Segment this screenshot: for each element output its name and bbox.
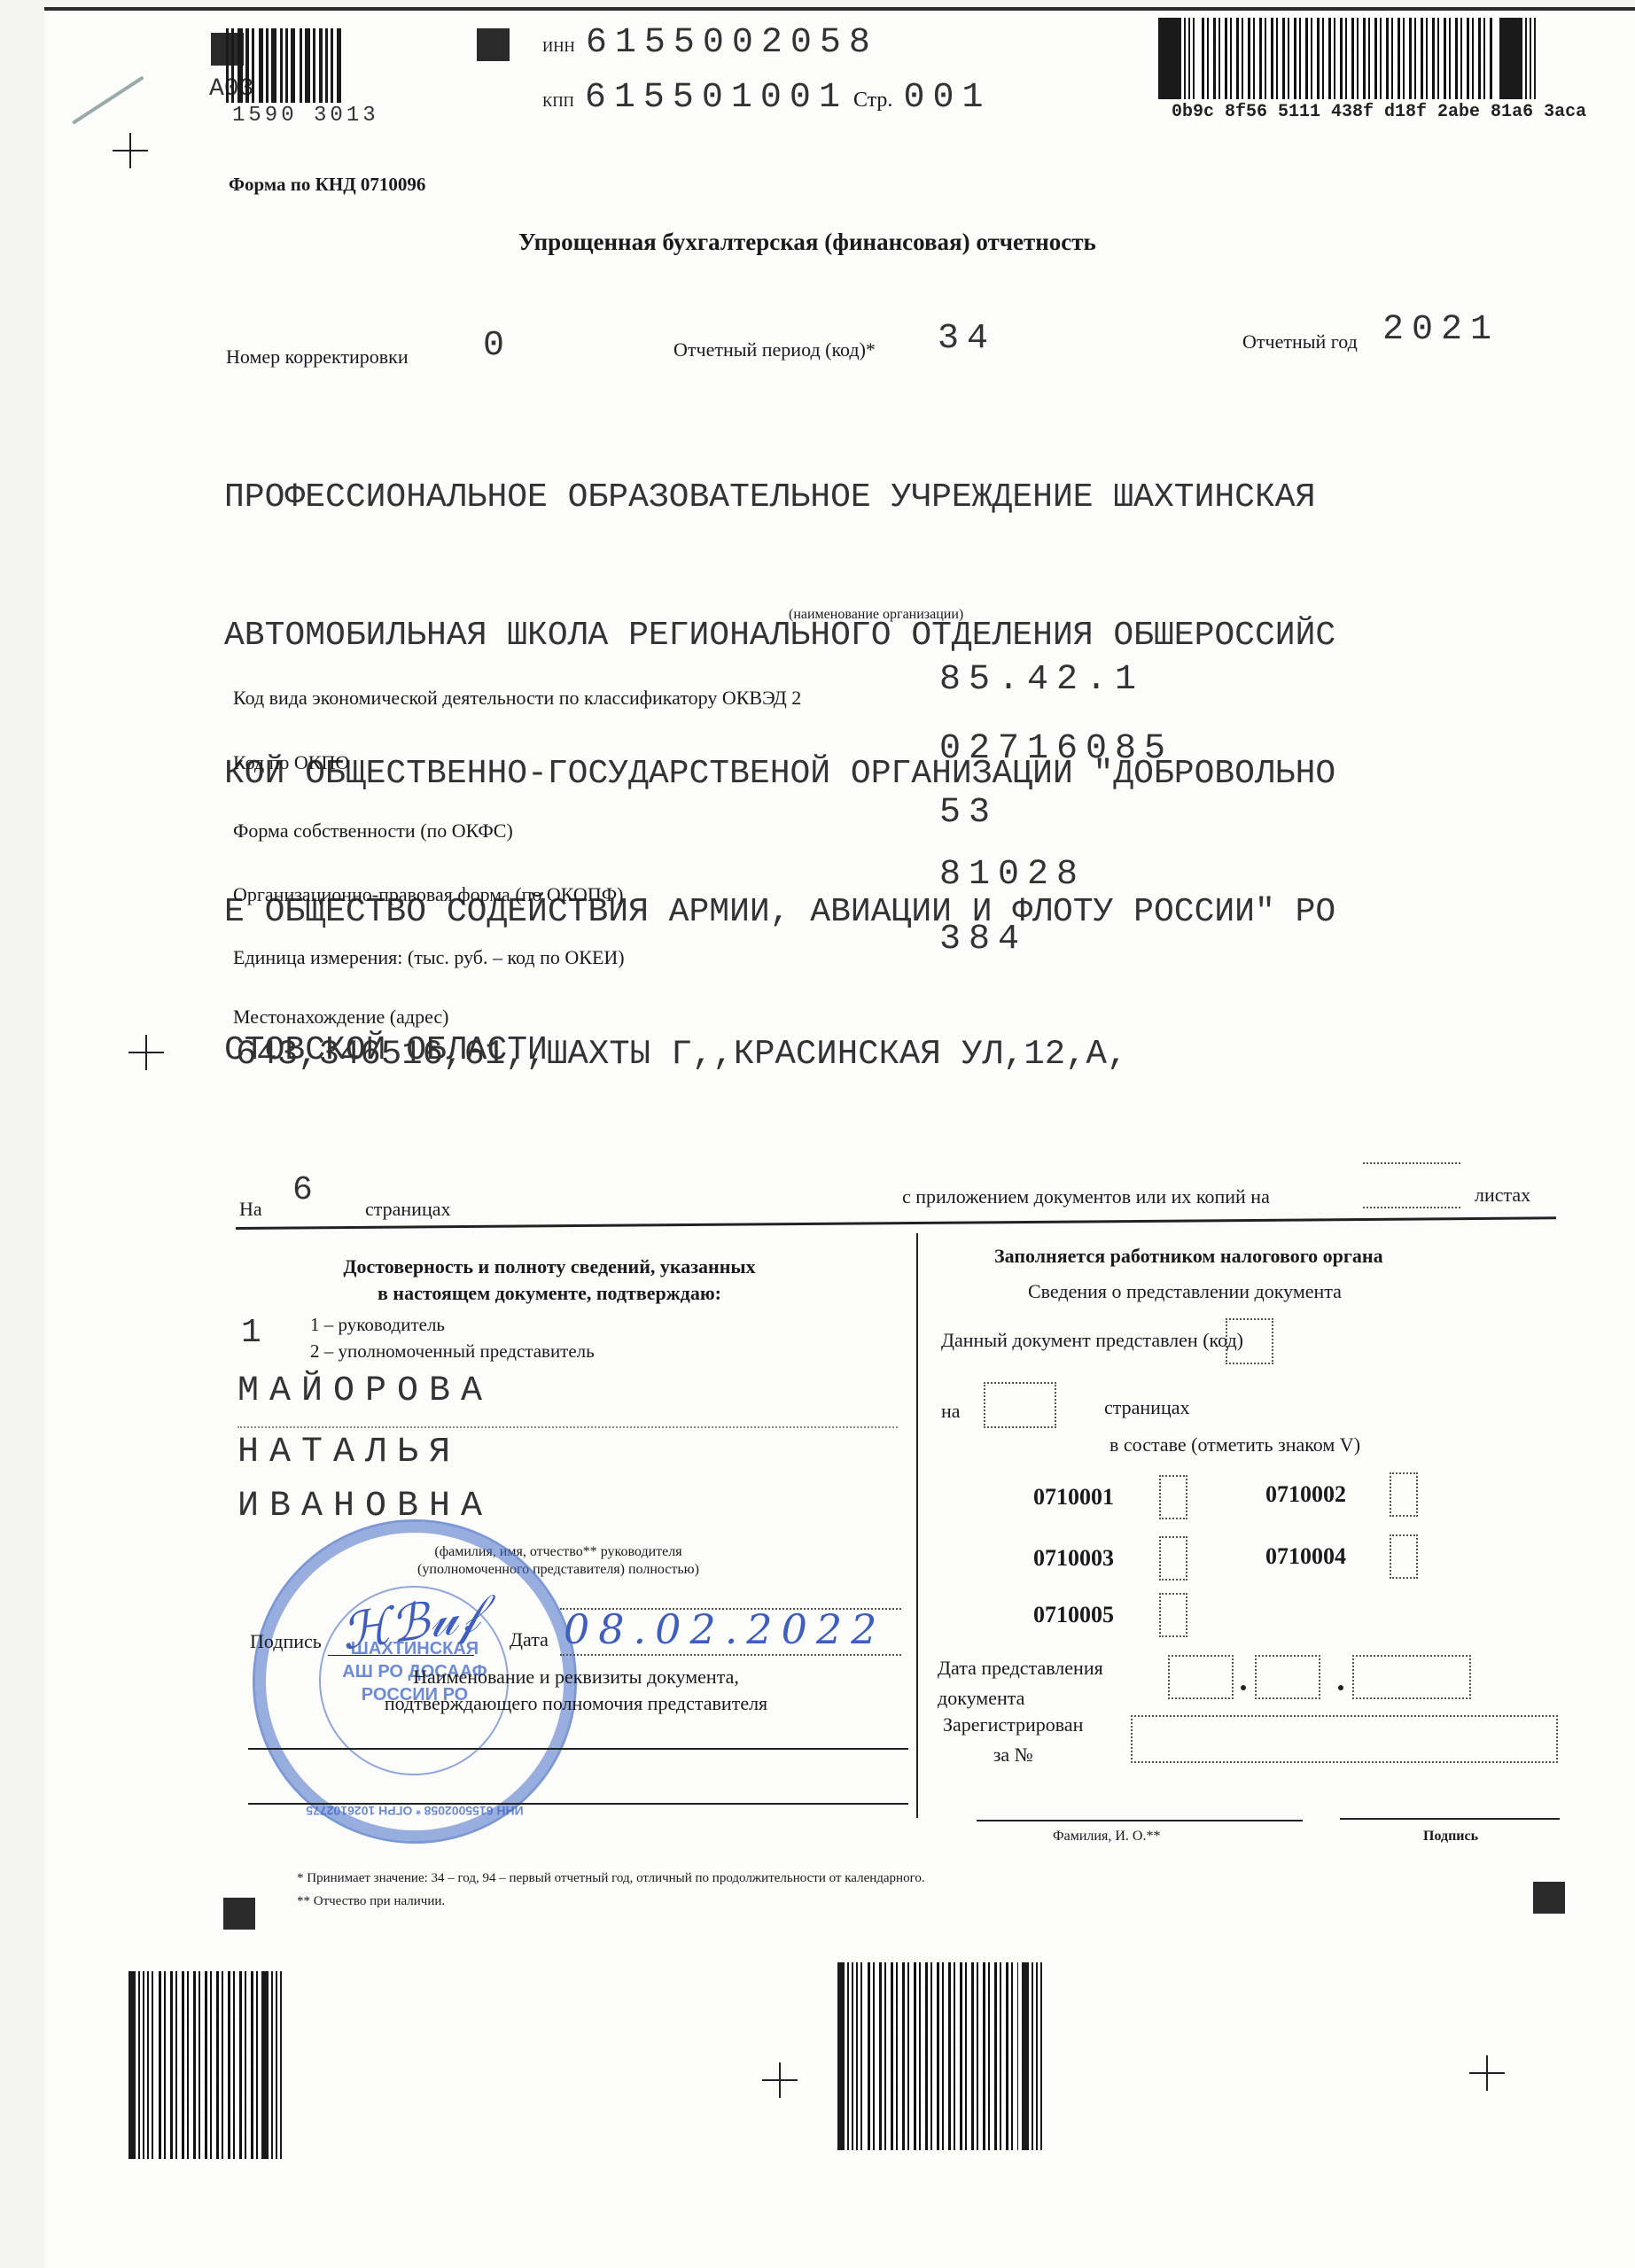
- tax-officer-signature-caption: Подпись: [1423, 1829, 1478, 1845]
- form-code-0710005: 0710005: [1033, 1602, 1114, 1628]
- okopf-label: Организационно-правовая форма (по ОКОПФ): [233, 883, 623, 906]
- okpo-value: 02716085: [939, 729, 1173, 769]
- form-code-0710004: 0710004: [1265, 1543, 1346, 1570]
- year-value: 2021: [1382, 310, 1499, 350]
- header-pdf417-barcode: [1158, 18, 1536, 99]
- checkbox-0710005[interactable]: [1159, 1593, 1187, 1637]
- signer-type-value: 1: [241, 1314, 261, 1352]
- pages-prefix: На: [239, 1198, 262, 1221]
- footer-pdf417-barcode-left: [128, 1971, 282, 2159]
- okpo-label: Код по ОКПО: [233, 751, 349, 774]
- okei-value: 384: [939, 920, 1027, 959]
- doc-line-2: [248, 1803, 908, 1805]
- okopf-value: 81028: [939, 855, 1086, 895]
- registration-number-field[interactable]: [1131, 1715, 1558, 1763]
- barcode-hash: 0b9c 8f56 5111 438f d18f 2abe 81a6 3aca: [1172, 102, 1586, 122]
- submission-date-day[interactable]: [1168, 1655, 1234, 1699]
- signer-option-2: 2 – уполномоченный представитель: [310, 1340, 595, 1363]
- corner-marker-icon: [223, 1898, 255, 1930]
- correction-label: Номер корректировки: [226, 346, 409, 369]
- corner-marker-icon: [477, 28, 510, 61]
- page-value: 001: [903, 78, 991, 118]
- pages-field[interactable]: [984, 1382, 1056, 1428]
- date-separator-dot: [1241, 1685, 1246, 1690]
- inn-label: ИНН: [542, 34, 575, 58]
- attachments-label: с приложением документов или их копий на: [902, 1185, 1270, 1208]
- form-code-0710003: 0710003: [1033, 1545, 1114, 1572]
- checkbox-0710003[interactable]: [1159, 1536, 1187, 1581]
- date-label: Дата: [510, 1628, 549, 1651]
- page-barcode: [226, 28, 341, 103]
- submitted-code-label: Данный документ представлен (код): [941, 1329, 1243, 1352]
- submitted-code-field[interactable]: [1226, 1318, 1273, 1364]
- form-code-0710001: 0710001: [1033, 1484, 1114, 1511]
- form-knd: Форма по КНД 0710096: [229, 174, 425, 196]
- signer-option-1: 1 – руководитель: [310, 1314, 445, 1336]
- form-title: Упрощенная бухгалтерская (финансовая) от…: [518, 229, 1096, 256]
- inn-row: ИНН 6155002058: [542, 23, 878, 63]
- okved-value: 85.42.1: [939, 660, 1144, 700]
- okfs-value: 53: [939, 793, 998, 833]
- confirm-heading: Достоверность и полноту сведений, указан…: [266, 1254, 833, 1307]
- submission-date-month[interactable]: [1255, 1655, 1320, 1699]
- tax-office-subheading: Сведения о представлении документа: [1028, 1280, 1342, 1303]
- checkbox-0710004[interactable]: [1390, 1534, 1418, 1579]
- year-label: Отчетный год: [1242, 330, 1358, 353]
- kpp-label: КПП: [542, 89, 574, 113]
- composition-label: в составе (отметить знаком V): [1109, 1433, 1360, 1456]
- okved-label: Код вида экономической деятельности по к…: [233, 687, 801, 710]
- tax-officer-signature-line: [1340, 1818, 1560, 1820]
- tax-officer-name-caption: Фамилия, И. О.**: [1053, 1829, 1160, 1845]
- tax-officer-name-line: [977, 1820, 1303, 1821]
- name-dotted-line: [237, 1426, 898, 1428]
- address-label: Местонахождение (адрес): [233, 1006, 448, 1029]
- pages-label: страницах: [1104, 1396, 1190, 1419]
- okfs-label: Форма собственности (по ОКФС): [233, 819, 513, 843]
- submission-date-label: Дата представления документа: [938, 1653, 1103, 1713]
- registration-cross-icon: [1469, 2055, 1505, 2091]
- okei-label: Единица измерения: (тыс. руб. – код по О…: [233, 946, 625, 969]
- organization-name-line: ПРОФЕССИОНАЛЬНОЕ ОБРАЗОВАТЕЛЬНОЕ УЧРЕЖДЕ…: [224, 475, 1335, 521]
- first-name: НАТАЛЬЯ: [237, 1433, 461, 1472]
- date-separator-dot: [1338, 1685, 1343, 1690]
- footer-pdf417-barcode-right: [837, 1962, 1042, 2150]
- stamp-bottom-text: ИНН 6155002058 * ОГРН 1026102775: [291, 1804, 539, 1818]
- signature-line: [328, 1655, 474, 1656]
- period-label: Отчетный период (код)*: [673, 338, 876, 361]
- organization-name-line: АВТОМОБИЛЬНАЯ ШКОЛА РЕГИОНАЛЬНОГО ОТДЕЛЕ…: [224, 613, 1335, 659]
- attachments-suffix: листах: [1475, 1184, 1530, 1207]
- date-value: 08.02.2022: [564, 1605, 885, 1653]
- corner-marker-icon: [1533, 1882, 1565, 1914]
- footnote-1: * Принимает значение: 34 – год, 94 – пер…: [297, 1871, 925, 1886]
- period-value: 34: [938, 319, 996, 359]
- footnote-2: ** Отчество при наличии.: [297, 1894, 445, 1909]
- form-code-0710002: 0710002: [1265, 1481, 1346, 1508]
- tax-office-heading: Заполняется работником налогового органа: [994, 1245, 1383, 1268]
- pages-count: 6: [292, 1171, 313, 1209]
- kpp-value: 615501001: [585, 78, 848, 118]
- barcode-number: 1590 3013: [232, 104, 379, 128]
- checkbox-0710002[interactable]: [1390, 1472, 1418, 1517]
- last-name: МАЙОРОВА: [237, 1371, 493, 1411]
- registration-cross-icon: [113, 133, 148, 168]
- checkbox-0710001[interactable]: [1159, 1475, 1187, 1519]
- registration-cross-icon: [762, 2062, 798, 2098]
- organization-caption: (наименование организации): [789, 607, 963, 623]
- address-value: 643,346516,61,,ШАХТЫ Г,,КРАСИНСКАЯ УЛ,12…: [236, 1035, 1127, 1074]
- inn-value: 6155002058: [586, 23, 878, 63]
- attachments-field[interactable]: [1363, 1162, 1460, 1208]
- signature-label: Подпись: [250, 1630, 322, 1653]
- column-divider: [916, 1233, 918, 1818]
- doc-caption: Наименование и реквизиты документа, подт…: [292, 1664, 860, 1717]
- pages-suffix: страницах: [365, 1198, 451, 1221]
- kpp-row: КПП 615501001 Стр. 001: [542, 78, 991, 118]
- on-label: на: [941, 1400, 961, 1423]
- doc-line-1: [248, 1748, 908, 1750]
- registration-cross-icon: [128, 1035, 164, 1070]
- registered-label: Зарегистрирован за №: [943, 1710, 1083, 1770]
- page-label: Стр.: [853, 89, 892, 113]
- correction-value: 0: [483, 326, 504, 366]
- submission-date-year[interactable]: [1352, 1655, 1471, 1699]
- patronymic: ИВАНОВНА: [237, 1487, 493, 1526]
